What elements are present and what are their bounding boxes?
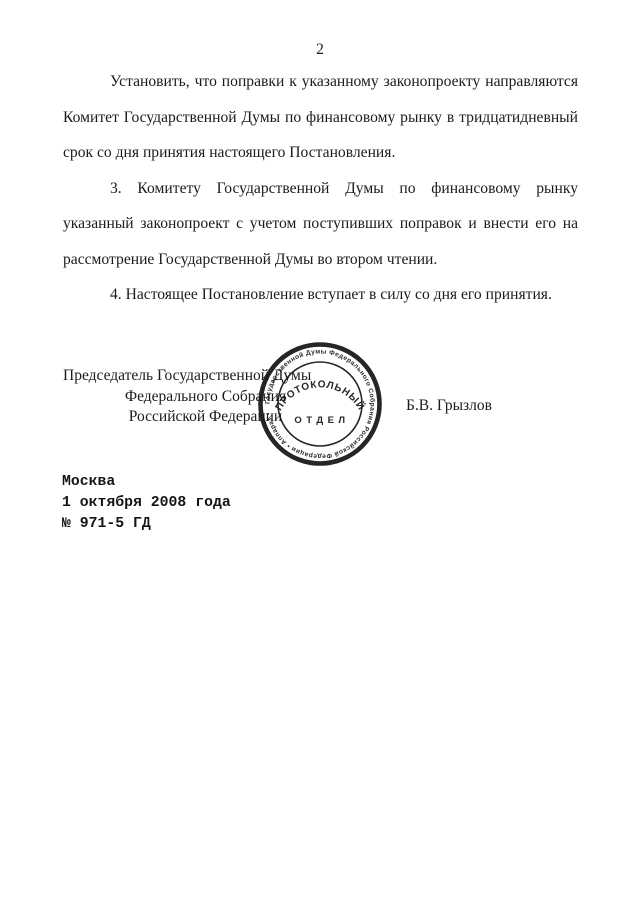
footer-city: Москва [62, 472, 231, 493]
protocol-department-stamp: Государственной Думы Федерального Собран… [255, 339, 385, 469]
body-line: Комитет Государственной Думы по финансов… [63, 100, 578, 136]
signatory-name: Б.В. Грызлов [406, 398, 492, 414]
footer-number: № 971-5 ГД [62, 514, 231, 535]
body-line: срок со дня принятия настоящего Постанов… [63, 135, 578, 171]
stamp-inner-circle [278, 362, 362, 446]
footer-date: 1 октября 2008 года [62, 493, 231, 514]
stamp-arc-text: ПРОТОКОЛЬНЫЙ [274, 379, 369, 412]
body-line: 4. Настоящее Постановление вступает в си… [63, 277, 578, 313]
body-line: указанный законопроект с учетом поступив… [63, 206, 578, 242]
footer-block: Москва 1 октября 2008 года № 971-5 ГД [62, 472, 231, 535]
body-line: 3. Комитету Государственной Думы по фина… [63, 171, 578, 207]
body-line: Установить, что поправки к указанному за… [63, 64, 578, 100]
body-line: рассмотрение Государственной Думы во вто… [63, 242, 578, 278]
body-text: Установить, что поправки к указанному за… [63, 64, 578, 313]
document-page: 2 Установить, что поправки к указанному … [0, 0, 640, 900]
page-number: 2 [0, 42, 640, 58]
stamp-center-text: ОТДЕЛ [294, 415, 349, 426]
